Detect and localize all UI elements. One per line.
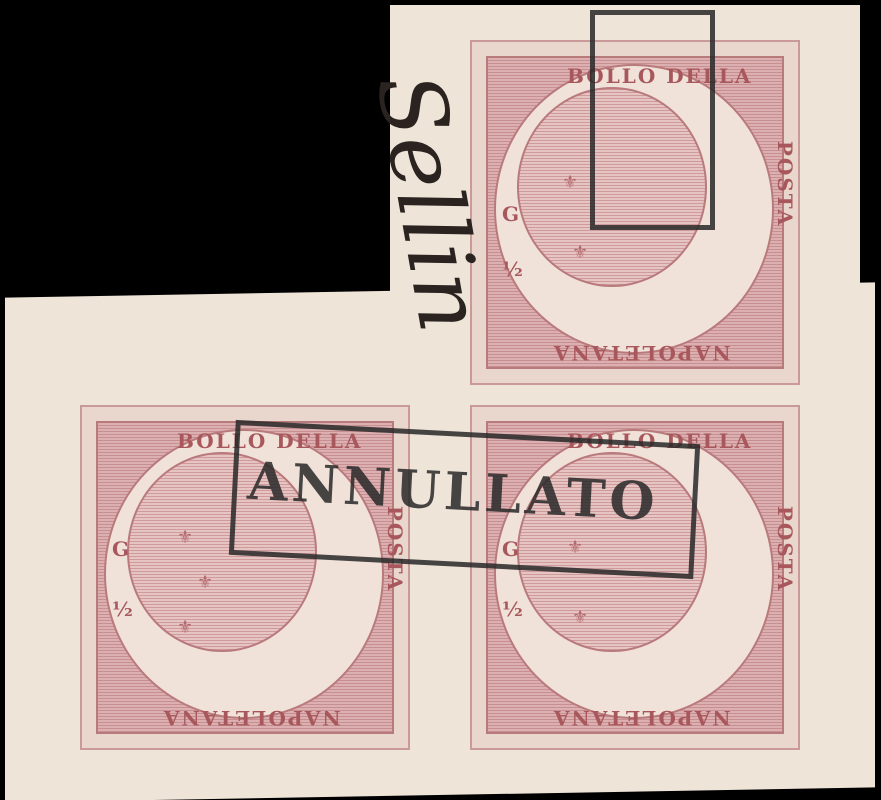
fleur-de-lis-icon: ⚜: [572, 607, 588, 628]
fleur-de-lis-icon: ⚜: [177, 527, 193, 548]
fleur-de-lis-icon: ⚜: [572, 242, 588, 263]
annullato-cancel-top: [590, 10, 715, 230]
annullato-cancel-bottom: ANNULLATO: [229, 420, 700, 579]
fleur-de-lis-icon: ⚜: [562, 172, 578, 193]
fleur-de-lis-icon: ⚜: [177, 617, 193, 638]
fleur-de-lis-icon: ⚜: [197, 572, 213, 593]
